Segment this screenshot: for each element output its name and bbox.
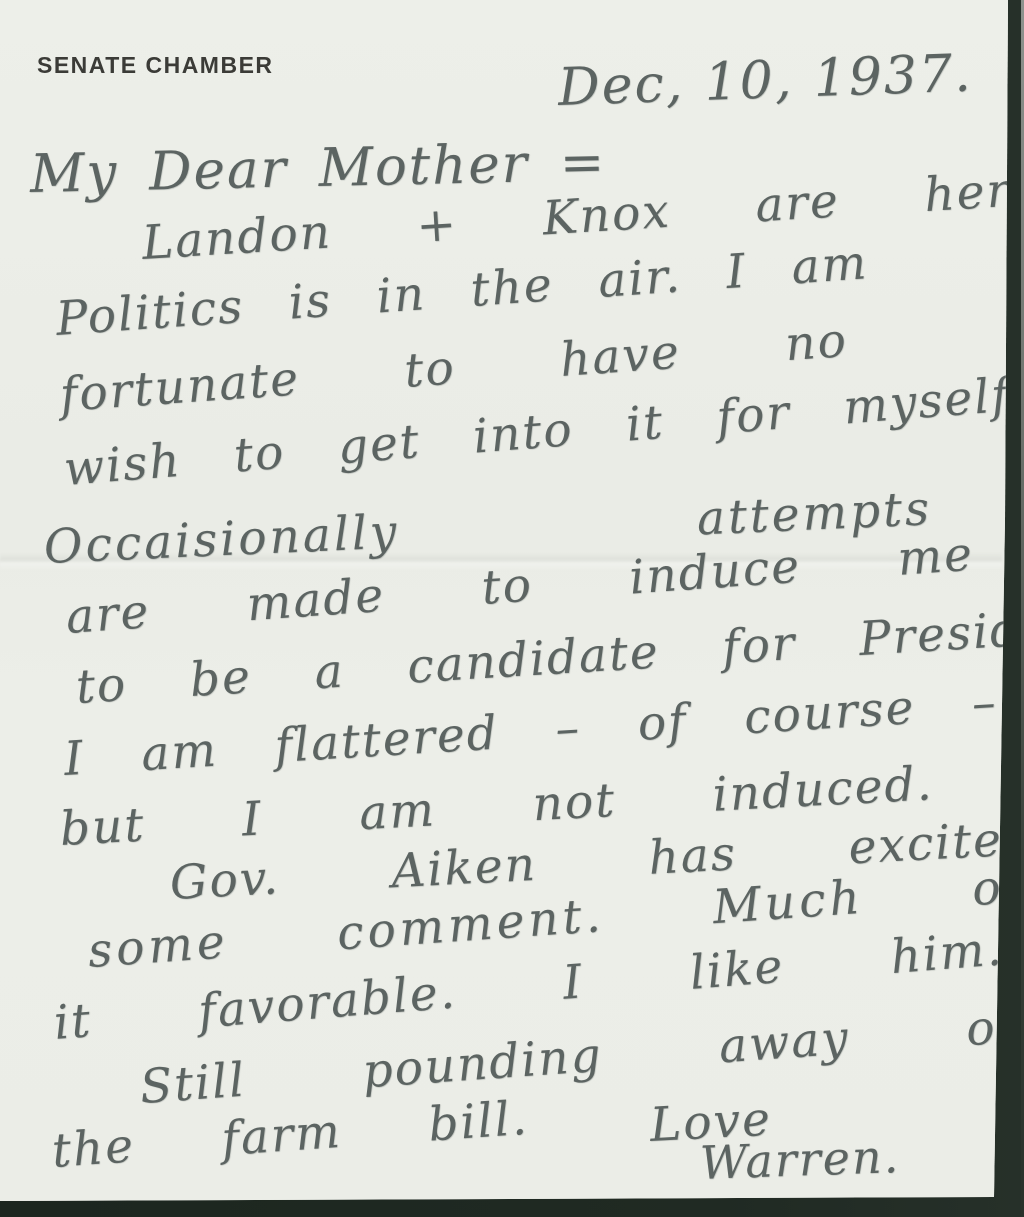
scanned-letter: SENATE CHAMBER Dec, 10, 1937. My Dear Mo… <box>0 0 1024 1217</box>
letter-page: SENATE CHAMBER Dec, 10, 1937. My Dear Mo… <box>0 0 1024 1217</box>
letterhead-title: SENATE CHAMBER <box>37 52 274 79</box>
signature: Warren. <box>699 1129 901 1190</box>
handwritten-date: Dec, 10, 1937. <box>557 44 974 118</box>
